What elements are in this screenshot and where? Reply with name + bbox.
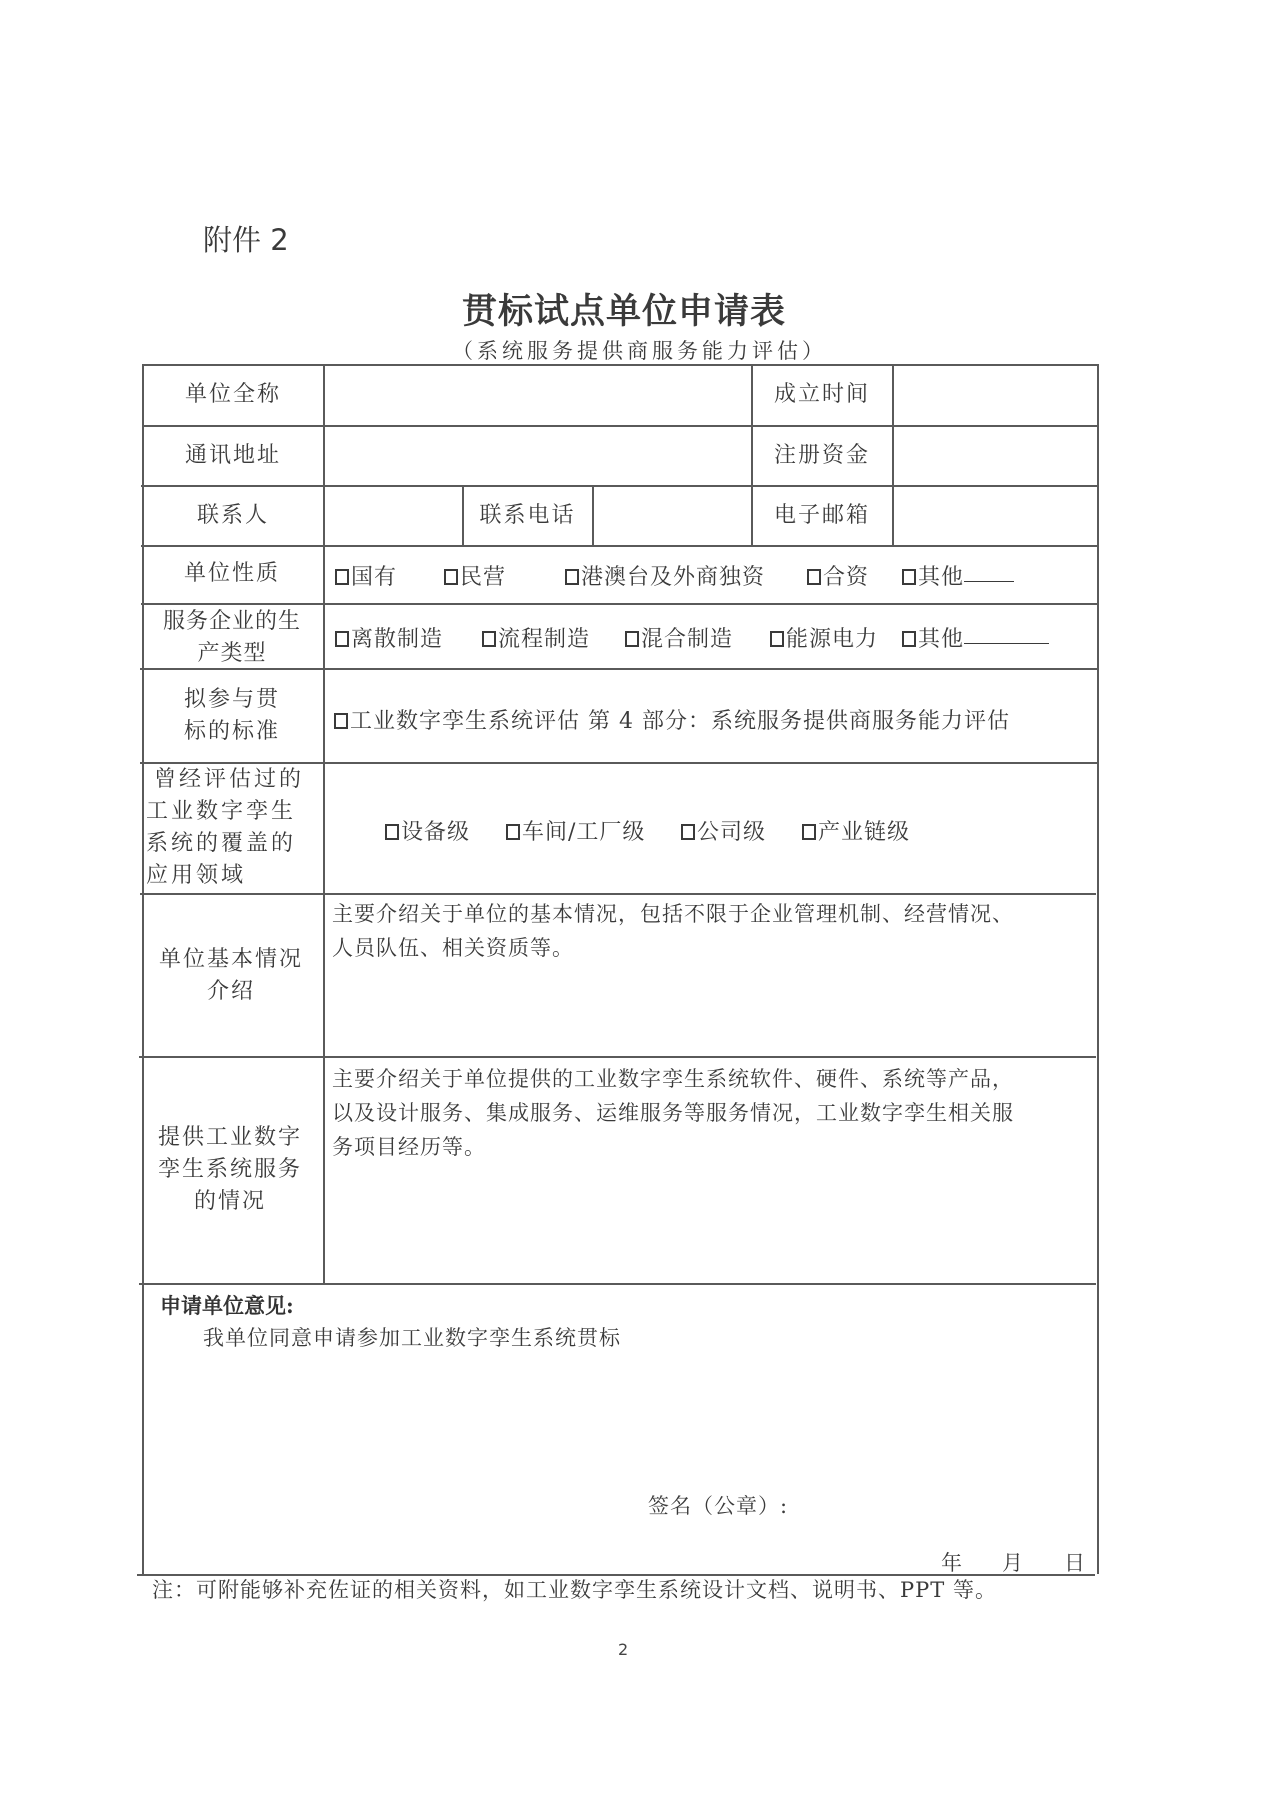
label-coverage: 曾经评估过的 工业数字孪生 系统的覆盖的 应用领域 [146, 764, 322, 892]
service-intro-textarea[interactable]: 主要介绍关于单位提供的工业数字孪生系统软件、硬件、系统等产品， 以及设计服务、集… [332, 1062, 1094, 1280]
label-applicant-opinion: 申请单位意见: [160, 1290, 294, 1320]
column-divider [323, 364, 325, 1283]
checkbox-equipment-level[interactable]: 设备级 [385, 815, 470, 846]
label-unit-nature: 单位性质 [142, 558, 322, 590]
attachment-label: 附件 2 [203, 218, 289, 259]
page-title: 贯标试点单位申请表 [462, 284, 786, 334]
checkbox-workshop-level[interactable]: 车间/工厂级 [506, 815, 645, 846]
label-service-intro: 提供工业数字 孪生系统服务 的情况 [140, 1122, 320, 1218]
label-contact-person: 联系人 [143, 500, 323, 532]
label-founded-date: 成立时间 [752, 379, 892, 411]
opinion-statement: 我单位同意申请参加工业数字孪生系统贯标 [203, 1322, 621, 1352]
checkbox-private[interactable]: 民营 [444, 560, 506, 591]
unit-name-field[interactable] [326, 367, 750, 424]
table-border-top [142, 364, 1098, 366]
checkbox-company-level[interactable]: 公司级 [681, 815, 766, 846]
checkbox-icon [334, 713, 348, 729]
label-unit-name: 单位全称 [143, 379, 323, 411]
checkbox-icon [565, 569, 579, 585]
label-registered-capital: 注册资金 [752, 440, 892, 472]
checkbox-icon [335, 631, 349, 647]
checkbox-standard-part4[interactable]: 工业数字孪生系统评估 第 4 部分：系统服务提供商服务能力评估 [334, 704, 1010, 735]
row-divider [140, 893, 1096, 895]
footer-note: 注：可附能够补充佐证的相关资料，如工业数字孪生系统设计文档、说明书、PPT 等。 [152, 1574, 997, 1604]
checkbox-icon [444, 569, 458, 585]
label-email: 电子邮箱 [752, 500, 892, 532]
label-basic-intro: 单位基本情况 介绍 [141, 944, 321, 1008]
column-divider [592, 485, 594, 545]
checkbox-icon [902, 631, 916, 647]
label-standard: 拟参与贯 标的标准 [142, 684, 322, 748]
table-border-right [1097, 364, 1099, 1574]
other-blank[interactable] [964, 581, 1014, 582]
label-phone: 联系电话 [463, 500, 592, 532]
label-production-type: 服务企业的生 产类型 [142, 606, 322, 670]
page-number: 2 [618, 1640, 628, 1659]
checkbox-icon [807, 569, 821, 585]
contact-person-field[interactable] [326, 488, 460, 544]
checkbox-state-owned[interactable]: 国有 [335, 560, 397, 591]
phone-field[interactable] [595, 488, 750, 544]
basic-intro-textarea[interactable]: 主要介绍关于单位的基本情况，包括不限于企业管理机制、经营情况、 人员队伍、相关资… [332, 897, 1094, 1055]
checkbox-icon [770, 631, 784, 647]
row-divider [142, 425, 1098, 427]
checkbox-icon [802, 824, 816, 840]
label-address: 通讯地址 [143, 440, 323, 472]
checkbox-icon [335, 569, 349, 585]
row-divider [141, 545, 1098, 547]
page-subtitle: （系统服务提供商服务能力评估） [452, 335, 827, 365]
row-divider [139, 1283, 1096, 1285]
date-year-label: 年 [941, 1547, 962, 1577]
checkbox-nature-other[interactable]: 其他 [902, 560, 1014, 591]
checkbox-energy-power[interactable]: 能源电力 [770, 622, 878, 653]
checkbox-icon [681, 824, 695, 840]
checkbox-discrete[interactable]: 离散制造 [335, 622, 443, 653]
checkbox-production-other[interactable]: 其他 [902, 622, 1049, 653]
column-divider [892, 364, 894, 545]
row-divider [141, 485, 1098, 487]
email-field[interactable] [895, 488, 1095, 544]
checkbox-hybrid[interactable]: 混合制造 [625, 622, 733, 653]
checkbox-icon [625, 631, 639, 647]
registered-capital-field[interactable] [895, 428, 1095, 484]
checkbox-joint-venture[interactable]: 合资 [807, 560, 869, 591]
address-field[interactable] [326, 428, 750, 484]
founded-date-field[interactable] [895, 367, 1095, 424]
checkbox-icon [482, 631, 496, 647]
other-blank[interactable] [964, 643, 1049, 644]
checkbox-icon [506, 824, 520, 840]
checkbox-process[interactable]: 流程制造 [482, 622, 590, 653]
date-month-label: 月 [1002, 1547, 1023, 1577]
row-divider [141, 603, 1097, 605]
checkbox-foreign-owned[interactable]: 港澳台及外商独资 [565, 560, 765, 591]
checkbox-icon [385, 824, 399, 840]
checkbox-industry-chain-level[interactable]: 产业链级 [802, 815, 910, 846]
signature-field[interactable] [660, 1478, 920, 1514]
date-day-label: 日 [1064, 1547, 1085, 1577]
checkbox-icon [902, 569, 916, 585]
row-divider [139, 1056, 1096, 1058]
